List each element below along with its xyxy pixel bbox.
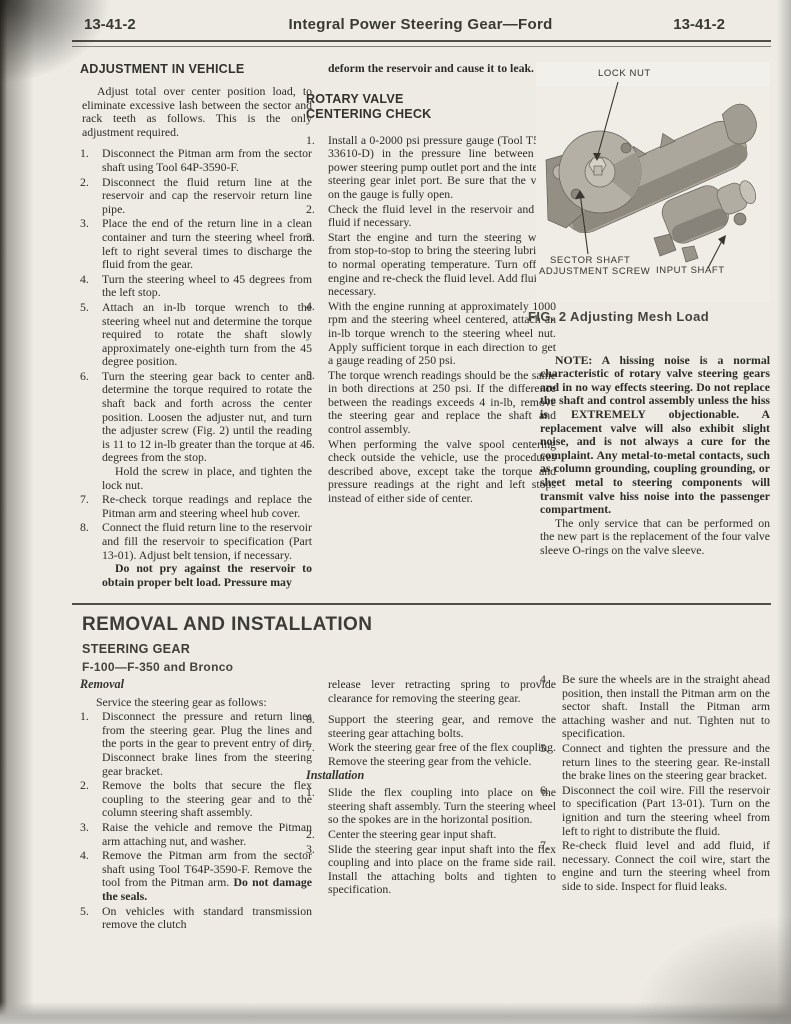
label-lock-nut: LOCK NUT	[598, 68, 651, 79]
label-input-shaft: INPUT SHAFT	[656, 265, 725, 276]
list-item-text: Slide the flex coupling into place on th…	[328, 786, 556, 827]
list-item-number: 6.	[540, 784, 562, 838]
list-item: 3.Start the engine and turn the steering…	[306, 231, 556, 299]
scan-bottom-right-shadow	[631, 914, 791, 1024]
list-item: 7.Re-check fluid level and add fluid, if…	[540, 839, 770, 893]
list-item: 3.Slide the steering gear input shaft in…	[306, 843, 556, 897]
list-item: 4.With the engine running at approximate…	[306, 300, 556, 368]
removal-label: Removal	[80, 678, 312, 692]
list-item: 4.Be sure the wheels are in the straight…	[540, 673, 770, 741]
steering-gear-photo: LOCK NUT SECTOR SHAFT ADJUSTMENT SCREW I…	[536, 62, 770, 302]
list-item-number: 1.	[306, 786, 328, 827]
list-item: 5.The torque wrench readings should be t…	[306, 369, 556, 437]
rotary-check-heading: ROTARY VALVE CENTERING CHECK	[306, 92, 476, 122]
list-item: 5.On vehicles with standard transmission…	[80, 905, 312, 932]
model-heading: F-100—F-350 and Bronco	[82, 660, 233, 674]
list-item-number: 6.	[306, 713, 328, 740]
list-item-text: Start the engine and turn the steering w…	[328, 231, 556, 299]
page-header: 13-41-2 Integral Power Steering Gear—For…	[72, 16, 769, 38]
list-item-number: 7.	[306, 741, 328, 768]
list-item-text: Support the steering gear, and remove th…	[328, 713, 556, 740]
list-item: 1.Disconnect the pressure and return lin…	[80, 710, 312, 778]
list-item-number: 6.	[80, 370, 102, 492]
list-item-text: On vehicles with standard transmission r…	[102, 905, 312, 932]
list-item: 8.Connect the fluid return line to the r…	[80, 521, 312, 589]
list-item: 6.When performing the valve spool center…	[306, 438, 556, 506]
list-item: 5.Connect and tighten the pressure and t…	[540, 742, 770, 783]
removal-list-1: 1.Disconnect the pressure and return lin…	[80, 710, 312, 932]
removal-column-3: 4.Be sure the wheels are in the straight…	[540, 672, 770, 894]
list-item-number: 3.	[306, 843, 328, 897]
list-item: 7.Re-check torque readings and replace t…	[80, 493, 312, 520]
list-item-number: 2.	[80, 779, 102, 820]
list-item-number: 4.	[306, 300, 328, 368]
list-item-text: When performing the valve spool centerin…	[328, 438, 556, 506]
list-item-text: Remove the Pitman arm from the sector sh…	[102, 849, 312, 903]
list-item-number: 3.	[80, 217, 102, 271]
page-number-right: 13-41-2	[673, 16, 725, 33]
list-item: 1.Slide the flex coupling into place on …	[306, 786, 556, 827]
installation-list: 1.Slide the flex coupling into place on …	[306, 786, 556, 897]
list-item-number: 6.	[306, 438, 328, 506]
list-item: 7.Work the steering gear free of the fle…	[306, 741, 556, 768]
list-item-number: 4.	[540, 673, 562, 741]
list-item-text: Disconnect the pressure and return lines…	[102, 710, 312, 778]
list-item-number: 5.	[540, 742, 562, 783]
list-item-number: 4.	[80, 273, 102, 300]
adjustment-list: 1.Disconnect the Pitman arm from the sec…	[80, 147, 312, 589]
list-item-text: The torque wrench readings should be the…	[328, 369, 556, 437]
list-item-text: Disconnect the coil wire. Fill the reser…	[562, 784, 770, 838]
list-item-text: Work the steering gear free of the flex …	[328, 741, 556, 768]
removal-installation-title: REMOVAL AND INSTALLATION	[82, 614, 372, 636]
list-item-text: Re-check torque readings and replace the…	[102, 493, 312, 520]
list-item: 6.Turn the steering gear back to center …	[80, 370, 312, 492]
note-tail: The only service that can be performed o…	[540, 517, 770, 558]
list-item-number: 8.	[80, 521, 102, 589]
list-item-number: 2.	[306, 203, 328, 230]
list-item-text: Turn the steering gear back to center an…	[102, 370, 312, 492]
adjustment-heading: ADJUSTMENT IN VEHICLE	[80, 62, 312, 77]
list-item-text: Center the steering gear input shaft.	[328, 828, 556, 842]
input-shaft-end	[734, 213, 746, 225]
list-item-number: 1.	[80, 710, 102, 778]
list-item: 6.Support the steering gear, and remove …	[306, 713, 556, 740]
list-item-number: 5.	[80, 301, 102, 369]
list-item: 4.Turn the steering wheel to 45 degrees …	[80, 273, 312, 300]
section-divider	[72, 603, 771, 605]
adjustment-intro: Adjust total over center position load, …	[82, 85, 312, 139]
list-item-number: 3.	[306, 231, 328, 299]
figure-column: LOCK NUT SECTOR SHAFT ADJUSTMENT SCREW I…	[540, 62, 770, 558]
list-item-number: 2.	[306, 828, 328, 842]
rotary-check-column: deform the reservoir and cause it to lea…	[306, 62, 556, 506]
list-item: 3.Place the end of the return line in a …	[80, 217, 312, 271]
label-sector-shaft: SECTOR SHAFT	[550, 255, 630, 266]
list-item: 4.Remove the Pitman arm from the sector …	[80, 849, 312, 903]
list-item-text: Re-check fluid level and add fluid, if n…	[562, 839, 770, 893]
scan-left-edge	[0, 0, 34, 1024]
list-item-text: Remove the bolts that secure the flex co…	[102, 779, 312, 820]
list-item-text: Check the fluid level in the reservoir a…	[328, 203, 556, 230]
list-item-number: 4.	[80, 849, 102, 903]
installation-list-right: 4.Be sure the wheels are in the straight…	[540, 673, 770, 894]
list-item-number: 7.	[80, 493, 102, 520]
list-item-text: Be sure the wheels are in the straight a…	[562, 673, 770, 741]
label-adjustment-screw: ADJUSTMENT SCREW	[539, 266, 650, 277]
list-item: 1.Install a 0-2000 psi pressure gauge (T…	[306, 134, 556, 202]
list-item-number: 1.	[80, 147, 102, 174]
list-item-number: 5.	[80, 905, 102, 932]
list-item-text: Attach an in-lb torque wrench to the ste…	[102, 301, 312, 369]
scanned-manual-page: Integral Power Steering Gear 13-41-2 Int…	[0, 0, 791, 1024]
list-item-text: Place the end of the return line in a cl…	[102, 217, 312, 271]
list-item-text: Turn the steering wheel to 45 degrees fr…	[102, 273, 312, 300]
scan-bottom-edge	[0, 1002, 791, 1024]
steering-gear-subtitle: STEERING GEAR	[82, 642, 190, 656]
list-item-text: Raise the vehicle and remove the Pitman …	[102, 821, 312, 848]
list-item-text: Install a 0-2000 psi pressure gauge (Too…	[328, 134, 556, 202]
list-item-text: With the engine running at approximately…	[328, 300, 556, 368]
list-item-number: 5.	[306, 369, 328, 437]
removal-column-1: Removal Service the steering gear as fol…	[80, 678, 312, 932]
removal-column-2: release lever retracting spring to provi…	[306, 678, 556, 897]
list-item-number: 1.	[306, 134, 328, 202]
page-title: Integral Power Steering Gear—Ford	[72, 16, 769, 33]
removal-continuation: release lever retracting spring to provi…	[328, 678, 556, 705]
adjustment-column: ADJUSTMENT IN VEHICLE Adjust total over …	[80, 62, 312, 589]
list-item-text: Connect and tighten the pressure and the…	[562, 742, 770, 783]
list-item: 2.Disconnect the fluid return line at th…	[80, 176, 312, 217]
list-item: 2.Check the fluid level in the reservoir…	[306, 203, 556, 230]
scan-right-edge	[777, 0, 791, 1024]
list-item: 5.Attach an in-lb torque wrench to the s…	[80, 301, 312, 369]
hissing-noise-note: NOTE: A hissing noise is a normal charac…	[540, 354, 770, 517]
rotary-check-list: 1.Install a 0-2000 psi pressure gauge (T…	[306, 134, 556, 506]
removal-intro: Service the steering gear as follows:	[96, 696, 312, 710]
reservoir-warning-continuation: deform the reservoir and cause it to lea…	[328, 62, 556, 76]
list-item-number: 7.	[540, 839, 562, 893]
list-item: 3.Raise the vehicle and remove the Pitma…	[80, 821, 312, 848]
header-rule	[72, 40, 771, 47]
figure-adjusting-mesh-load: LOCK NUT SECTOR SHAFT ADJUSTMENT SCREW I…	[536, 62, 770, 302]
list-item-text: Slide the steering gear input shaft into…	[328, 843, 556, 897]
installation-label: Installation	[306, 769, 556, 783]
list-item: 2.Center the steering gear input shaft.	[306, 828, 556, 842]
list-item: 1.Disconnect the Pitman arm from the sec…	[80, 147, 312, 174]
list-item: 2.Remove the bolts that secure the flex …	[80, 779, 312, 820]
list-item-number: 2.	[80, 176, 102, 217]
removal-list-2: 6.Support the steering gear, and remove …	[306, 713, 556, 768]
list-item-text: Connect the fluid return line to the res…	[102, 521, 312, 589]
list-item-text: Disconnect the Pitman arm from the secto…	[102, 147, 312, 174]
figure-caption: FIG. 2 Adjusting Mesh Load	[528, 310, 770, 324]
list-item: 6.Disconnect the coil wire. Fill the res…	[540, 784, 770, 838]
list-item-number: 3.	[80, 821, 102, 848]
list-item-text: Disconnect the fluid return line at the …	[102, 176, 312, 217]
